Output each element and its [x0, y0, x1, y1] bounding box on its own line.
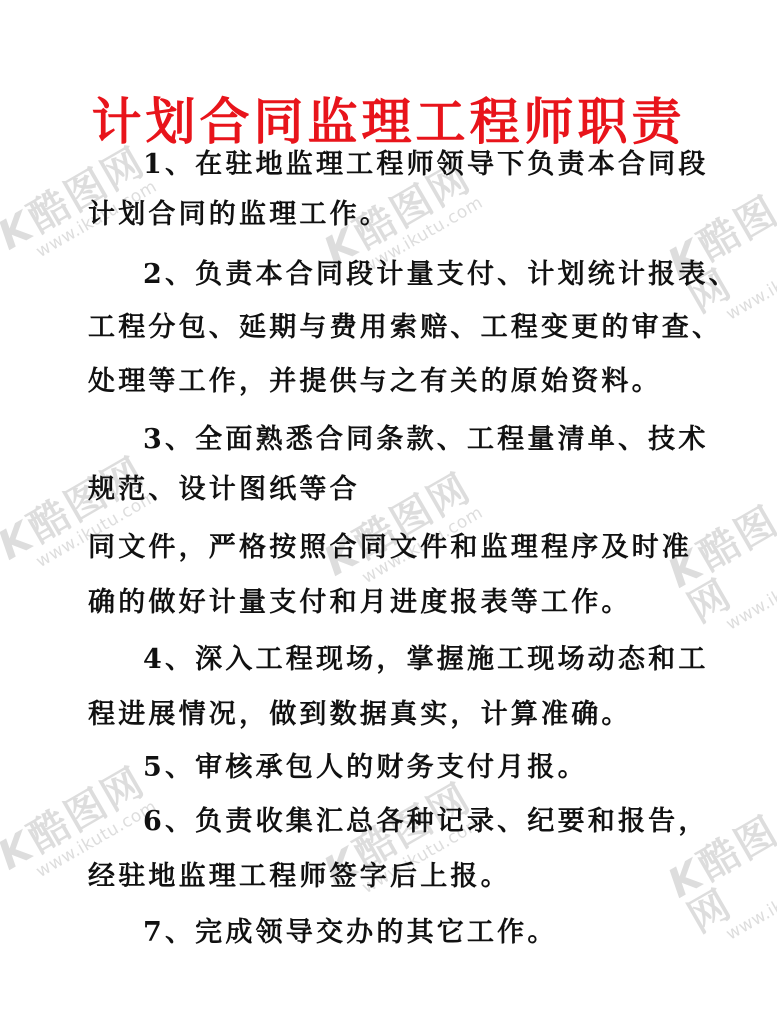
- watermark-url: www.ikutu.com: [724, 551, 777, 634]
- watermark-logo-text: 酷图网: [681, 188, 777, 322]
- duty-4-line-1: 4、深入工程现场，掌握施工现场动态和工: [143, 642, 709, 678]
- duty-2-line-3: 处理等工作，并提供与之有关的原始资料。: [88, 364, 662, 400]
- duty-3-line-3: 同文件，严格按照合同文件和监理程序及时准: [88, 530, 692, 566]
- watermark-logo-text: 酷图网: [681, 498, 777, 632]
- duty-7-line-1: 7、完成领导交办的其它工作。: [143, 915, 558, 951]
- duty-3-line-2: 规范、设计图纸等合: [88, 472, 360, 508]
- duty-1-line-1: 1、在驻地监理工程师领导下负责本合同段: [143, 147, 709, 183]
- watermark-logo-text: 酷图网: [21, 759, 153, 862]
- watermark-logo-icon: K: [0, 513, 42, 569]
- watermark-logo-icon: K: [0, 823, 42, 879]
- duty-3-line-4: 确的做好计量支付和月进度报表等工作。: [88, 585, 632, 621]
- duty-6-line-1: 6、负责收集汇总各种记录、纪要和报告，: [143, 804, 709, 840]
- duty-3-line-1: 3、全面熟悉合同条款、工程量清单、技术: [143, 422, 709, 458]
- duty-2-line-2: 工程分包、延期与费用索赔、工程变更的审查、: [88, 310, 722, 346]
- duty-2-line-1: 2、负责本合同段计量支付、计划统计报表、: [143, 257, 739, 293]
- watermark-url: www.ikutu.com: [724, 861, 777, 944]
- watermark-logo-icon: K: [0, 203, 42, 259]
- document-title: 计划合同监理工程师职责: [0, 92, 777, 152]
- duty-6-line-2: 经驻地监理工程师签字后上报。: [88, 859, 511, 895]
- duty-1-line-2: 计划合同的监理工作。: [88, 197, 390, 233]
- duty-4-line-2: 程进展情况，做到数据真实，计算准确。: [88, 697, 632, 733]
- watermark-logo-icon: K: [661, 851, 713, 907]
- duty-5-line-1: 5、审核承包人的财务支付月报。: [143, 750, 588, 786]
